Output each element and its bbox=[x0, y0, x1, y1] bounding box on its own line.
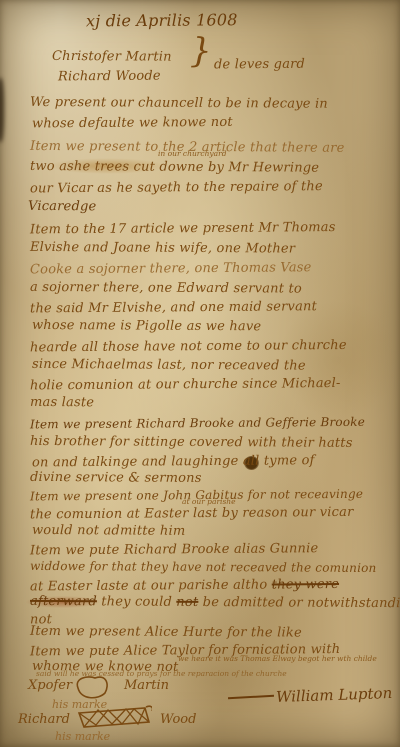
manuscript-line: Item we present Richard Brooke and Geffe… bbox=[30, 415, 392, 433]
manuscript-line: Vicaredge bbox=[28, 199, 390, 216]
signature-martin-first: Xpofer bbox=[28, 678, 72, 693]
manuscript-line: Cooke a sojorner there, one Thomas Vase bbox=[30, 260, 392, 278]
line-text: at Easter laste at our parishe altho bbox=[30, 578, 272, 595]
manuscript-line: the said Mr Elvishe, and one maid servan… bbox=[30, 299, 392, 317]
manuscript-line: hearde all those have not come to our ch… bbox=[30, 338, 392, 356]
struck-text: afterward bbox=[30, 594, 97, 609]
manuscript-line: We present our chauncell to be in decaye… bbox=[30, 95, 392, 112]
manuscript-line: Item we pute Richard Brooke alias Gunnie bbox=[30, 541, 392, 559]
signature-wood-first: Richard bbox=[18, 712, 70, 727]
signature-wood-last: Wood bbox=[160, 712, 196, 727]
wardens-note: de leves gard bbox=[214, 55, 400, 73]
manuscript-line: since Michaelmas last, nor receaved the bbox=[32, 357, 394, 374]
edge-shadow-left bbox=[0, 78, 4, 142]
manuscript-line: the comunion at Easter last by reason ou… bbox=[30, 505, 392, 523]
manuscript-line: a sojorner there, one Edward servant to bbox=[30, 280, 392, 297]
manuscript-line: Item to the 17 article we present Mr Tho… bbox=[30, 220, 392, 238]
signature-martin-last: Martin bbox=[124, 678, 169, 693]
manuscript-line: widdowe for that they have not receaved … bbox=[30, 559, 392, 576]
interline-churchyard: in our churchyard bbox=[158, 150, 227, 158]
manuscript-line: Item we present Alice Hurte for the like bbox=[30, 624, 392, 641]
wood-mark bbox=[76, 705, 152, 731]
struck-text: not bbox=[176, 595, 198, 610]
lupton-flourish bbox=[228, 695, 274, 699]
struck-text: they were bbox=[272, 577, 339, 593]
manuscript-line: whose defaulte we knowe not bbox=[32, 114, 394, 132]
line-text: they could bbox=[97, 594, 176, 609]
manuscript-line: Elvishe and Joane his wife, one Mother bbox=[30, 240, 392, 257]
date-heading: xj die Aprilis 1608 bbox=[86, 11, 400, 29]
manuscript-line: on and talkinge and laughinge all tyme o… bbox=[32, 453, 394, 471]
interline-parishe: at our parishe bbox=[182, 498, 236, 506]
manuscript-line: our Vicar as he sayeth to the repaire of… bbox=[30, 179, 392, 197]
manuscript-line: whose name is Pigolle as we have bbox=[32, 318, 394, 335]
manuscript-page: xj die Aprilis 1608 Christofer Martin Ri… bbox=[0, 0, 400, 747]
wood-mark-label: his marke bbox=[55, 730, 110, 743]
marginal-note-1: we heare it was Thomas Elway begot her w… bbox=[178, 655, 377, 663]
signature-lupton: William Lupton bbox=[276, 684, 393, 706]
manuscript-line: holie comunion at our churche since Mich… bbox=[30, 376, 392, 394]
manuscript-line: two ashe trees cut downe by Mr Hewringe bbox=[30, 159, 392, 176]
manuscript-line: mas laste bbox=[30, 395, 392, 412]
manuscript-line: would not admitte him bbox=[32, 523, 394, 540]
manuscript-line: his brother for sittinge covered with th… bbox=[30, 434, 392, 451]
manuscript-line-struck: at Easter laste at our parishe altho the… bbox=[30, 577, 392, 595]
manuscript-line: divine service & sermons bbox=[30, 470, 392, 487]
manuscript-line-struck: afterward they could not be admitted or … bbox=[30, 594, 392, 611]
